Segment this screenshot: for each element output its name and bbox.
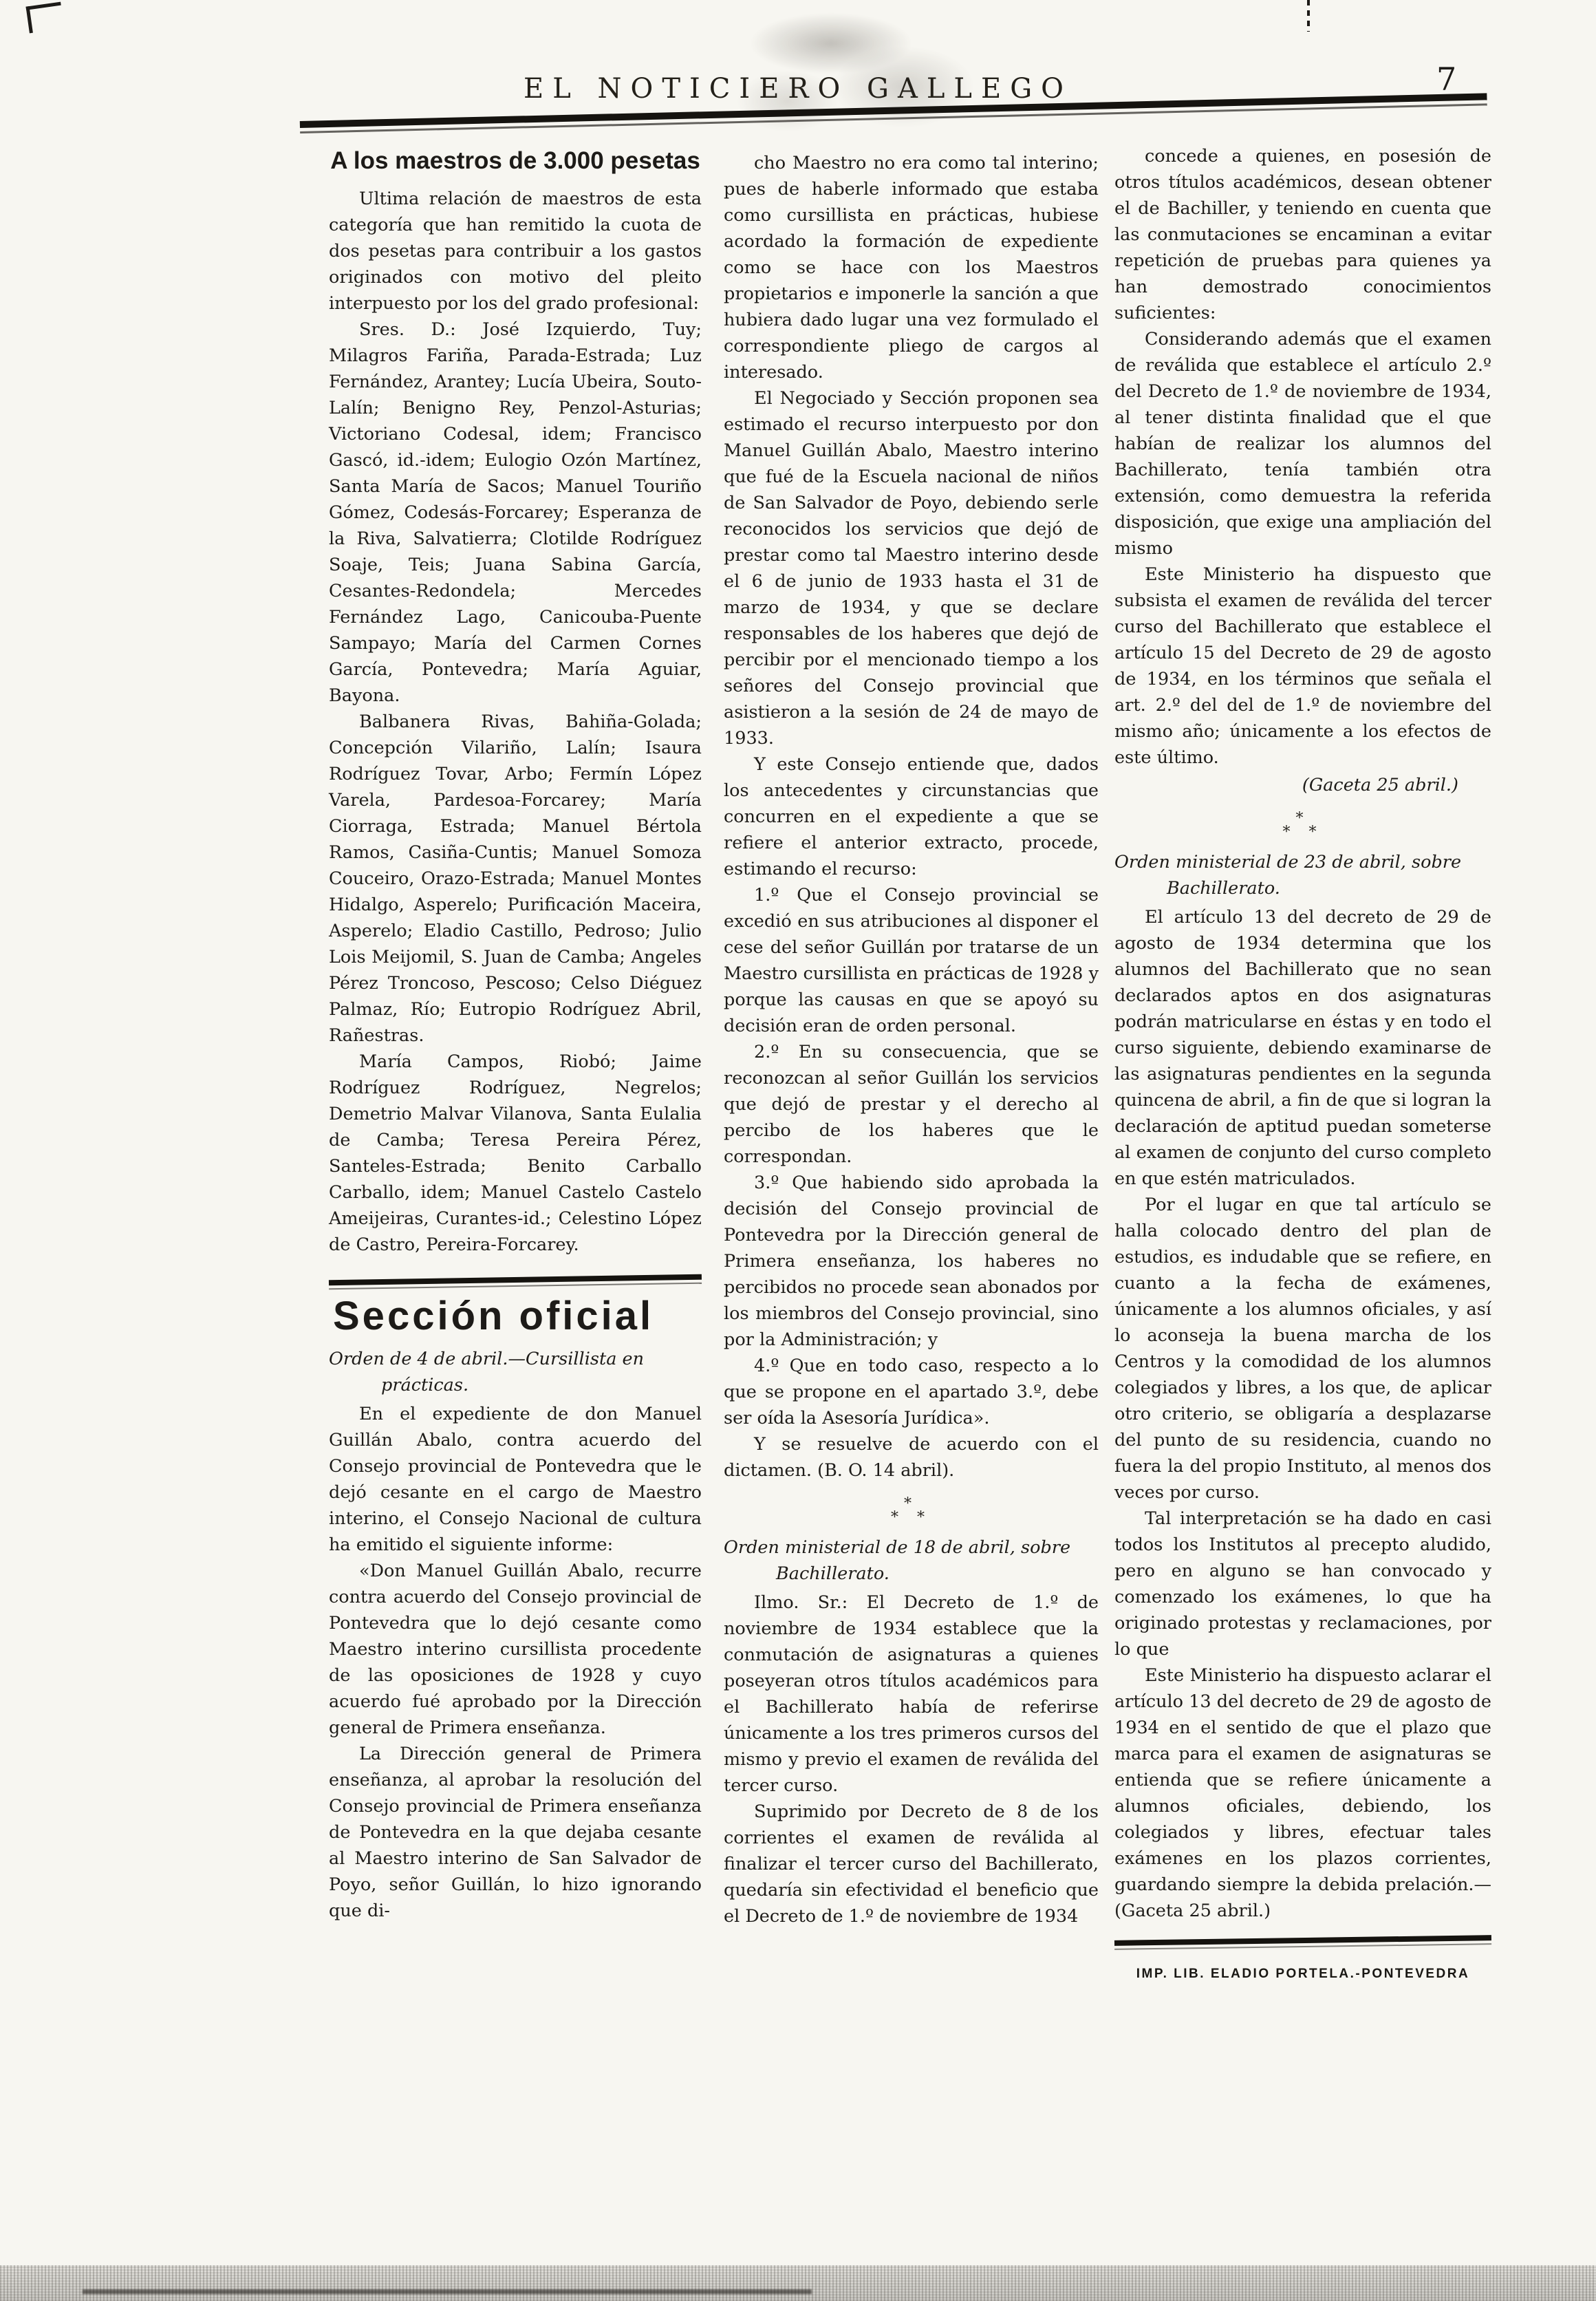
scan-streak — [83, 2289, 812, 2294]
section-rule — [329, 1274, 702, 1290]
section-headline-oficial: Sección oficial — [329, 1294, 702, 1339]
scan-smudge — [715, 0, 1004, 145]
paragraph: Ilmo. Sr.: El Decreto de 1.º de noviembr… — [724, 1590, 1099, 1799]
gaceta-credit: (Gaceta 25 abril.) — [1114, 772, 1491, 798]
scan-tick-mark — [1307, 0, 1310, 32]
list-item-1: 1.º Que el Consejo provincial se excedió… — [724, 882, 1099, 1039]
asterism-divider-icon: * * * — [1114, 812, 1491, 839]
paragraph: El Negociado y Sección proponen sea esti… — [724, 385, 1099, 751]
paragraph: cho Maestro no era como tal interino; pu… — [724, 150, 1099, 385]
column-left: A los maestros de 3.000 pesetas Ultima r… — [329, 147, 702, 1924]
paragraph: concede a quienes, en posesión de otros … — [1114, 143, 1491, 326]
printer-imprint: IMP. LIB. ELADIO PORTELA.-PONTEVEDRA — [1114, 1961, 1491, 1987]
scan-noise-band — [0, 2265, 1596, 2301]
order-heading-4-abril: Orden de 4 de abril.—Cursillista en prác… — [329, 1346, 702, 1398]
newspaper-page: EL NOTICIERO GALLEGO 7 A los maestros de… — [0, 0, 1596, 2301]
paragraph: Este Ministerio ha dispuesto que subsist… — [1114, 561, 1491, 771]
paragraph: «Don Manuel Guillán Abalo, recurre contr… — [329, 1558, 702, 1741]
paragraph: Tal interpretación se ha dado en casi to… — [1114, 1506, 1491, 1662]
article-headline-maestros: A los maestros de 3.000 pesetas — [329, 147, 702, 175]
paragraph: Sres. D.: José Izquierdo, Tuy; Milagros … — [329, 317, 702, 709]
paragraph: Balbanera Rivas, Bahiña-Golada; Concepci… — [329, 709, 702, 1049]
page-number: 7 — [1436, 61, 1456, 98]
paragraph: Ultima relación de maestros de esta cate… — [329, 186, 702, 317]
paragraph: Por el lugar en que tal artículo se hall… — [1114, 1192, 1491, 1506]
list-item-3: 3.º Que habiendo sido aprobada la decisi… — [724, 1170, 1099, 1353]
column-right: concede a quienes, en posesión de otros … — [1114, 143, 1491, 1987]
paragraph: La Dirección general de Primera enseñanz… — [329, 1741, 702, 1924]
asterism-divider-icon: * * * — [724, 1497, 1099, 1525]
paragraph: Y este Consejo entiende que, dados los a… — [724, 751, 1099, 882]
paragraph: Considerando además que el examen de rev… — [1114, 326, 1491, 561]
paragraph: María Campos, Riobó; Jaime Rodríguez Rod… — [329, 1049, 702, 1258]
paragraph: Y se resuelve de acuerdo con el dictamen… — [724, 1431, 1099, 1484]
paragraph: Este Ministerio ha dispuesto aclarar el … — [1114, 1662, 1491, 1924]
paragraph: El artículo 13 del decreto de 29 de agos… — [1114, 904, 1491, 1192]
paragraph: Suprimido por Decreto de 8 de los corrie… — [724, 1799, 1099, 1929]
list-item-2: 2.º En su consecuencia, que se reconozca… — [724, 1039, 1099, 1170]
end-rule — [1114, 1935, 1491, 1950]
column-center: cho Maestro no era como tal interino; pu… — [724, 150, 1099, 1929]
order-heading-23-abril: Orden ministerial de 23 de abril, sobre … — [1114, 849, 1491, 901]
list-item-4: 4.º Que en todo caso, respecto a lo que … — [724, 1353, 1099, 1431]
paragraph: En el expediente de don Manuel Guillán A… — [329, 1401, 702, 1558]
scan-corner-mark — [26, 2, 65, 34]
order-heading-18-abril: Orden ministerial de 18 de abril, sobre … — [724, 1534, 1099, 1587]
